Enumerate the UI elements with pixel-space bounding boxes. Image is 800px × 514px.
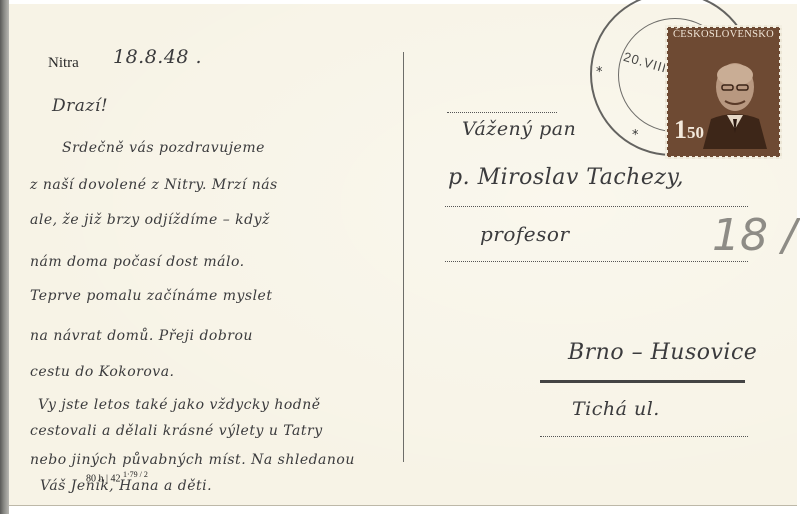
printer-mark-fraction: 1·79 / 2 xyxy=(123,470,148,479)
address-street: Tichá ul. xyxy=(572,398,660,420)
address-city: Brno – Husovice xyxy=(568,340,757,365)
address-dotted-line xyxy=(540,436,748,437)
message-line: ale, že již brzy odjíždíme – když xyxy=(30,212,270,228)
pencil-note: 18 / xyxy=(712,210,797,261)
message-line: cestovali a dělali krásné výlety u Tatry xyxy=(30,423,323,439)
address-dotted-line xyxy=(447,112,557,113)
scanner-edge xyxy=(0,0,9,514)
postage-stamp: ČESKOSLOVENSKO 150 xyxy=(667,27,780,157)
message-line: cestu do Kokorova. xyxy=(30,364,175,380)
printed-place-name: Nitra xyxy=(48,55,79,72)
message-line: na návrat domů. Přeji dobrou xyxy=(30,328,253,344)
postmark-star-icon: * xyxy=(632,128,639,143)
message-line: Vy jste letos také jako vždycky hodně xyxy=(38,397,321,413)
address-title: profesor xyxy=(480,222,570,246)
address-salutation: Vážený pan xyxy=(462,118,576,140)
address-dotted-line xyxy=(445,206,748,207)
stamp-country: ČESKOSLOVENSKO xyxy=(667,29,780,40)
greeting: Drazí! xyxy=(52,96,108,116)
message-line: Teprve pomalu začínáme myslet xyxy=(30,288,272,304)
stamp-value: 150 xyxy=(674,115,704,145)
message-line: nám doma počasí dost málo. xyxy=(30,254,245,270)
handwritten-date: 18.8.48 . xyxy=(113,46,202,68)
message-line: z naší dovolené z Nitry. Mrzí nás xyxy=(30,177,278,193)
message-line: nebo jiných půvabných míst. Na shledanou xyxy=(30,452,355,468)
address-dotted-line xyxy=(445,261,748,262)
address-recipient-name: p. Miroslav Tachezy, xyxy=(448,165,684,190)
center-divider-line xyxy=(403,52,404,462)
message-line: Srdečně vás pozdravujeme xyxy=(62,140,265,156)
printer-mark-text: 80 h | 42 xyxy=(86,473,121,484)
portrait-icon xyxy=(697,53,767,149)
postmark-star-icon: * xyxy=(596,65,603,80)
printer-mark: 80 h | 42 1·79 / 2 xyxy=(86,470,148,484)
address-city-underline xyxy=(540,380,745,383)
